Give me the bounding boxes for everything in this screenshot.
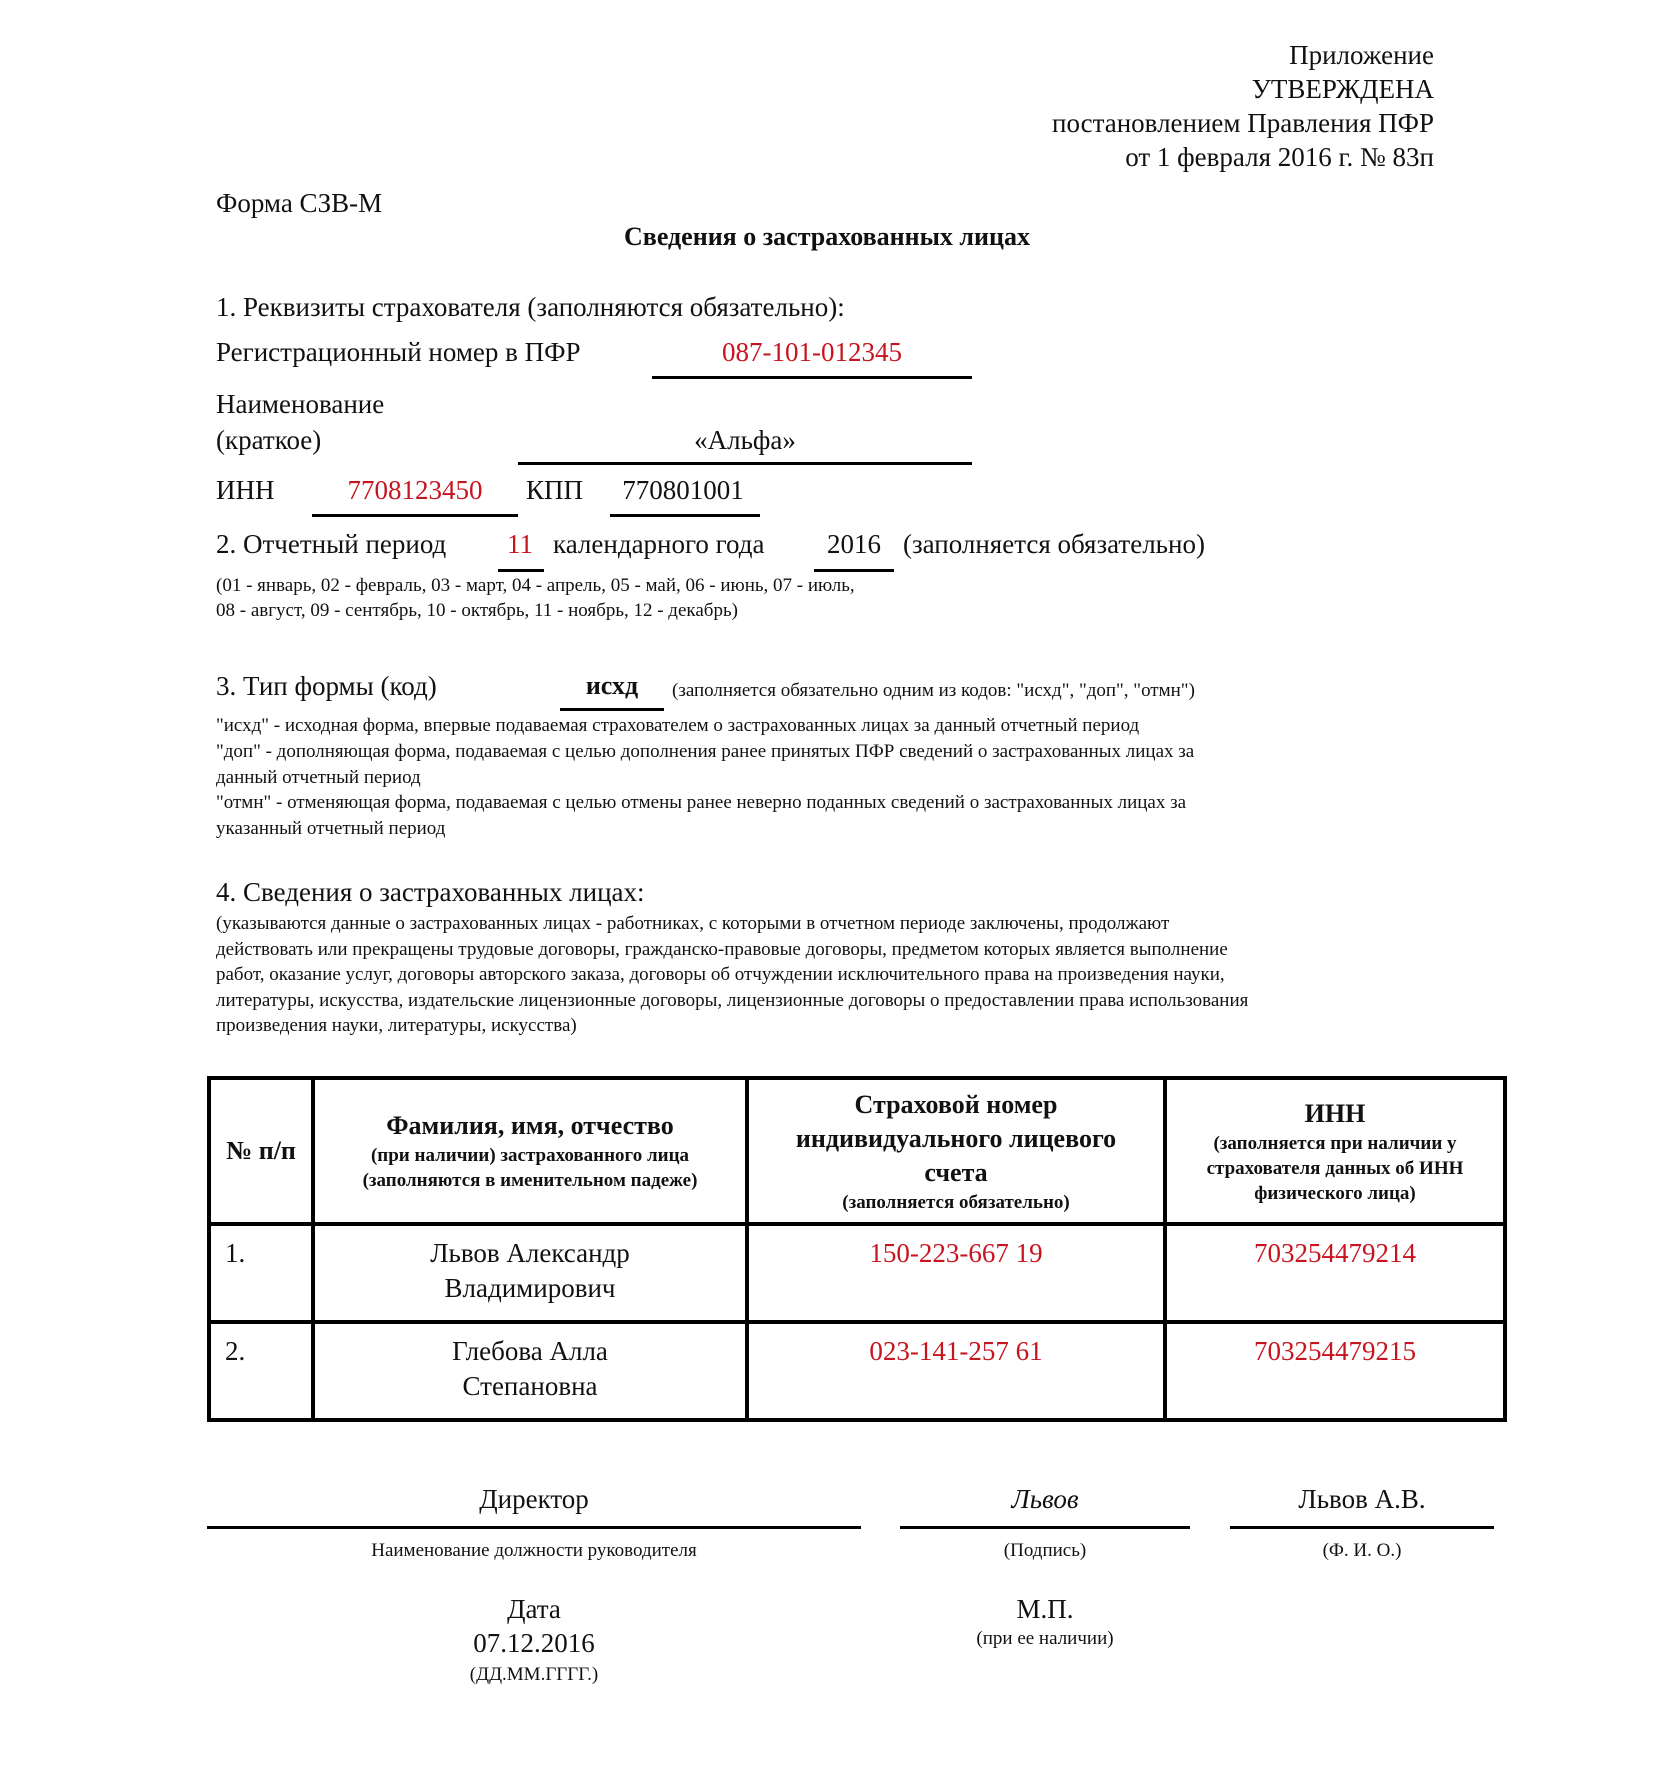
form-type-value[interactable]: исхд [560,671,664,701]
position-underline [207,1526,861,1529]
months-legend-line2: 08 - август, 09 - сентябрь, 10 - октябрь… [216,598,738,623]
row-snils[interactable]: 150-223-667 19 [747,1224,1165,1322]
fio-value[interactable]: Львов А.В. [1230,1484,1494,1515]
form-type-desc-dop: "доп" - дополняющая форма, подаваемая с … [216,739,1194,765]
reg-number-underline [652,376,972,379]
form-type-desc-ishd: "исхд" - исходная форма, впервые подавае… [216,713,1139,739]
fio-underline [1230,1526,1494,1529]
organization-name-value[interactable]: «Альфа» [518,425,972,456]
form-name: Форма СЗВ-М [216,188,382,219]
period-underline [498,569,544,572]
section4-desc-line2: действовать или прекращены трудовые дого… [216,937,1228,963]
date-format-hint: (ДД.ММ.ГГГГ.) [384,1664,684,1686]
table-row: 1. Львов Александр Владимирович 150-223-… [209,1224,1505,1322]
row-fio[interactable]: Львов Александр Владимирович [313,1224,747,1322]
year-value[interactable]: 2016 [814,529,894,560]
kpp-label: КПП [526,475,583,506]
form-type-label: 3. Тип формы (код) [216,671,437,702]
table-header-row: № п/п Фамилия, имя, отчество (при наличи… [209,1078,1505,1224]
stamp-label: М.П. [900,1594,1190,1625]
header-inn: ИНН (заполняется при наличии у страховат… [1165,1078,1505,1224]
row-inn[interactable]: 703254479215 [1165,1322,1505,1420]
row-num: 1. [209,1224,313,1322]
period-value[interactable]: 11 [496,529,544,560]
header-snils: Страховой номер индивидуального лицевого… [747,1078,1165,1224]
period-label: 2. Отчетный период [216,529,446,560]
stamp-note: (при ее наличии) [900,1628,1190,1650]
form-type-note: (заполняется обязательно одним из кодов:… [672,678,1195,703]
position-value[interactable]: Директор [207,1484,861,1515]
section4-desc-line3: работ, оказание услуг, договоры авторско… [216,962,1225,988]
section4-heading: 4. Сведения о застрахованных лицах: [216,877,645,908]
organization-name-underline [518,462,972,465]
year-underline [814,569,894,572]
inn-value[interactable]: 7708123450 [312,475,518,506]
row-fio[interactable]: Глебова Алла Степановна [313,1322,747,1420]
fio-label: (Ф. И. О.) [1230,1540,1494,1562]
name-label-line1: Наименование [216,389,384,420]
approval-line-3: постановлением Правления ПФР [1052,106,1434,140]
year-label: календарного года [553,529,765,560]
period-required-note: (заполняется обязательно) [903,529,1205,560]
reg-number-value[interactable]: 087-101-012345 [652,337,972,368]
row-inn[interactable]: 703254479214 [1165,1224,1505,1322]
header-num: № п/п [209,1078,313,1224]
document-title: Сведения о застрахованных лицах [0,222,1654,252]
date-label: Дата [384,1594,684,1625]
approval-line-1: Приложение [1052,38,1434,72]
kpp-value[interactable]: 770801001 [608,475,758,506]
insured-persons-table: № п/п Фамилия, имя, отчество (при наличи… [207,1076,1507,1422]
form-type-desc-otmn: "отмн" - отменяющая форма, подаваемая с … [216,790,1186,816]
form-type-desc-dop-cont: данный отчетный период [216,765,421,791]
name-label-line2: (краткое) [216,425,321,456]
months-legend-line1: (01 - январь, 02 - февраль, 03 - март, 0… [216,573,855,598]
position-label: Наименование должности руководителя [207,1540,861,1562]
section4-desc-line5: произведения науки, литературы, искусств… [216,1013,577,1039]
inn-underline [312,514,518,517]
section4-desc-line4: литературы, искусства, издательские лице… [216,988,1248,1014]
approval-block: Приложение УТВЕРЖДЕНА постановлением Пра… [1052,38,1434,174]
section1-heading: 1. Реквизиты страхователя (заполняются о… [216,292,845,323]
signature-value[interactable]: Львов [900,1484,1190,1515]
inn-label: ИНН [216,475,275,506]
date-value[interactable]: 07.12.2016 [384,1628,684,1659]
reg-number-label: Регистрационный номер в ПФР [216,337,581,368]
form-type-desc-otmn-cont: указанный отчетный период [216,816,445,842]
signature-underline [900,1526,1190,1529]
approval-line-4: от 1 февраля 2016 г. № 83п [1052,140,1434,174]
form-type-underline [560,708,664,711]
kpp-underline [610,514,760,517]
header-fio: Фамилия, имя, отчество (при наличии) зас… [313,1078,747,1224]
signature-label: (Подпись) [900,1540,1190,1562]
approval-line-2: УТВЕРЖДЕНА [1052,72,1434,106]
section4-desc-line1: (указываются данные о застрахованных лиц… [216,911,1169,937]
table-row: 2. Глебова Алла Степановна 023-141-257 6… [209,1322,1505,1420]
row-snils[interactable]: 023-141-257 61 [747,1322,1165,1420]
row-num: 2. [209,1322,313,1420]
